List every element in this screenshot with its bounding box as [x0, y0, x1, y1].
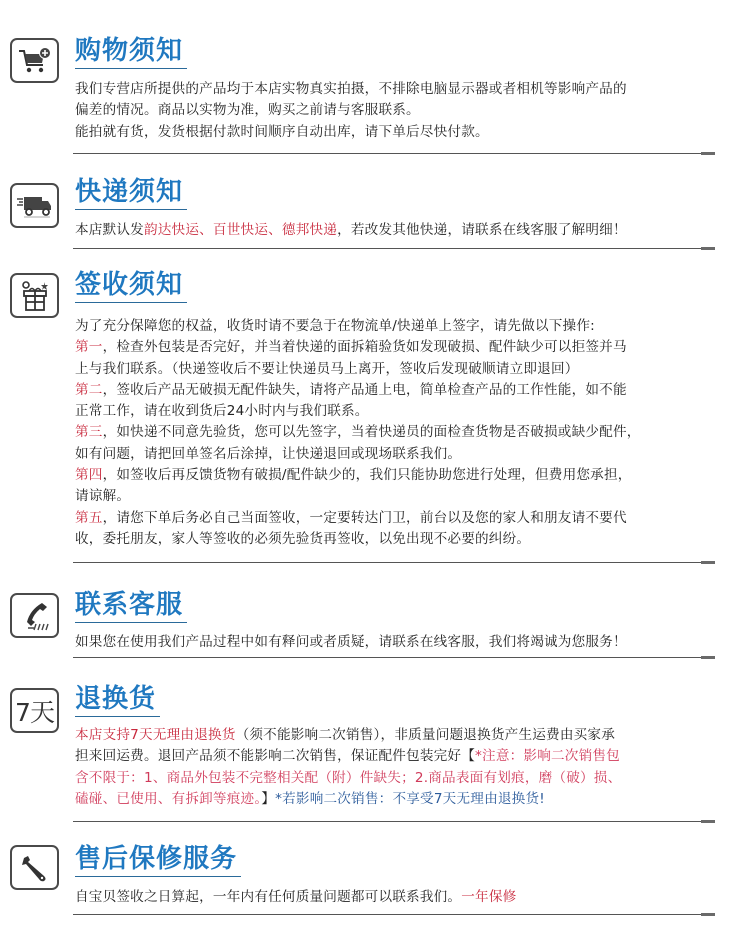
step-item: 第三，如快递不同意先验货，您可以先签字，当着快递员的面检查货物是否破损或缺少配件… — [75, 422, 725, 443]
divider — [73, 248, 713, 249]
step-item: 第四，如签收后再反馈货物有破损/配件缺少的，我们只能协助您进行处理，但费用您承担… — [75, 465, 725, 486]
step-text: ，如快递不同意先验货，您可以先签字，当着快递员的面检查货物是否破损或缺少配件， — [103, 424, 641, 440]
section-title: 签收须知 — [75, 268, 187, 303]
seven-days-label: 7天 — [15, 693, 54, 729]
seven-day-return-highlight: 本店支持7天无理由退换货 — [75, 727, 236, 743]
telephone-icon — [10, 593, 59, 638]
seven-days-icon: 7天 — [10, 688, 59, 733]
divider — [73, 153, 713, 154]
section-body: 本店默认发韵达快运、百世快运、德邦快递，若改发其他快递，请联系在线客服了解明细！ — [75, 220, 725, 241]
intro-line: 为了充分保障您的权益，收货时请不要急于在物流单/快递单上签字，请先做以下操作: — [75, 316, 725, 337]
section-title: 快递须知 — [75, 175, 187, 210]
text-segment: 自宝贝签收之日算起，一年内有任何质量问题都可以联系我们。 — [75, 889, 461, 905]
text-line: 磕碰、已使用、有拆卸等痕迹。】*若影响二次销售：不享受7天无理由退换货! — [75, 789, 725, 810]
text-segment: 本店默认发 — [75, 222, 144, 238]
section-title: 购物须知 — [75, 34, 187, 69]
text-line: 能拍就有货，发货根据付款时间顺序自动出库，请下单后尽快付款。 — [75, 122, 725, 143]
shopping-cart-add-icon — [10, 38, 59, 83]
gift-box-icon — [10, 273, 59, 318]
step-text: ，签收后产品无破损无配件缺失，请将产品通上电，简单检查产品的工作性能，如不能 — [103, 382, 627, 398]
step-text: ，检查外包装是否完好，并当着快递的面拆箱验货如发现破损、配件缺少可以拒签并马 — [103, 339, 627, 355]
section-title: 售后保修服务 — [75, 842, 241, 877]
text-line: 我们专营店所提供的产品均于本店实物真实拍摄，不排除电脑显示器或者相机等影响产品的 — [75, 79, 725, 100]
notice-text: 含不限于：1、商品外包装不完整相关配（附）件缺失；2.商品表面有划痕，磨（破）损… — [75, 768, 725, 789]
step-continuation: 请谅解。 — [75, 486, 725, 507]
step-continuation: 收，委托朋友，家人等签收的必须先验货再签收，以免出现不必要的纠纷。 — [75, 529, 725, 550]
divider — [73, 562, 713, 563]
warranty-highlight: 一年保修 — [461, 889, 516, 905]
step-label: 第三 — [75, 424, 103, 440]
text-segment: （须不能影响二次销售），非质量问题退换货产生运费由买家承 — [236, 727, 615, 743]
notice-text: *注意：影响二次销售包 — [475, 748, 620, 764]
text-line: 偏差的情况。商品以实物为准，购买之前请与客服联系。 — [75, 100, 725, 121]
section-body: 为了充分保障您的权益，收货时请不要急于在物流单/快递单上签字，请先做以下操作: … — [75, 316, 725, 550]
delivery-truck-icon — [10, 183, 59, 228]
text-line: 担来回运费。退回产品须不能影响二次销售，保证配件包装完好【*注意：影响二次销售包 — [75, 746, 725, 767]
step-item: 第二，签收后产品无破损无配件缺失，请将产品通上电，简单检查产品的工作性能，如不能 — [75, 380, 725, 401]
step-label: 第一 — [75, 339, 103, 355]
no-return-note: *若影响二次销售：不享受7天无理由退换货! — [275, 791, 545, 807]
divider-tab — [701, 561, 715, 564]
divider — [73, 657, 713, 658]
section-body: 如果您在使用我们产品过程中如有释问或者质疑，请联系在线客服，我们将竭诚为您服务！ — [75, 632, 725, 653]
step-item: 第一，检查外包装是否完好，并当着快递的面拆箱验货如发现破损、配件缺少可以拒签并马 — [75, 337, 725, 358]
step-label: 第二 — [75, 382, 103, 398]
bracket-open: 【 — [461, 748, 475, 764]
divider-tab — [701, 656, 715, 659]
step-text: ，请您下单后务必自己当面签收，一定要转达门卫，前台以及您的家人和朋友请不要代 — [103, 510, 627, 526]
text-segment: ，若改发其他快递，请联系在线客服了解明细！ — [337, 222, 627, 238]
step-continuation: 如有问题，请把回单签名后涂掉，让快递退回或现场联系我们。 — [75, 444, 725, 465]
section-title: 退换货 — [75, 682, 160, 717]
text-line: 本店支持7天无理由退换货（须不能影响二次销售），非质量问题退换货产生运费由买家承 — [75, 725, 725, 746]
step-label: 第四 — [75, 467, 103, 483]
divider — [73, 821, 713, 822]
step-item: 第五，请您下单后务必自己当面签收，一定要转达门卫，前台以及您的家人和朋友请不要代 — [75, 508, 725, 529]
divider-tab — [701, 913, 715, 916]
divider-tab — [701, 247, 715, 250]
step-continuation: 上与我们联系。（快递签收后不要让快递员马上离开，签收后发现破顺请立即退回） — [75, 359, 725, 380]
text-segment: 担来回运费。退回产品须不能影响二次销售，保证配件包装完好 — [75, 748, 461, 764]
divider — [73, 914, 713, 915]
section-body: 本店支持7天无理由退换货（须不能影响二次销售），非质量问题退换货产生运费由买家承… — [75, 725, 725, 810]
section-title: 联系客服 — [75, 588, 187, 623]
courier-highlight: 韵达快运、百世快运、德邦快递 — [144, 222, 337, 238]
notice-text: 磕碰、已使用、有拆卸等痕迹。 — [75, 791, 261, 807]
divider-tab — [701, 152, 715, 155]
section-body: 我们专营店所提供的产品均于本店实物真实拍摄，不排除电脑显示器或者相机等影响产品的… — [75, 79, 725, 143]
bracket-close: 】 — [261, 791, 275, 807]
section-body: 自宝贝签收之日算起，一年内有任何质量问题都可以联系我们。一年保修 — [75, 887, 725, 908]
step-continuation: 正常工作，请在收到货后24小时内与我们联系。 — [75, 401, 725, 422]
step-label: 第五 — [75, 510, 103, 526]
wrench-icon — [10, 845, 59, 890]
step-text: ，如签收后再反馈货物有破损/配件缺少的，我们只能协助您进行处理，但费用您承担， — [103, 467, 632, 483]
divider-tab — [701, 820, 715, 823]
